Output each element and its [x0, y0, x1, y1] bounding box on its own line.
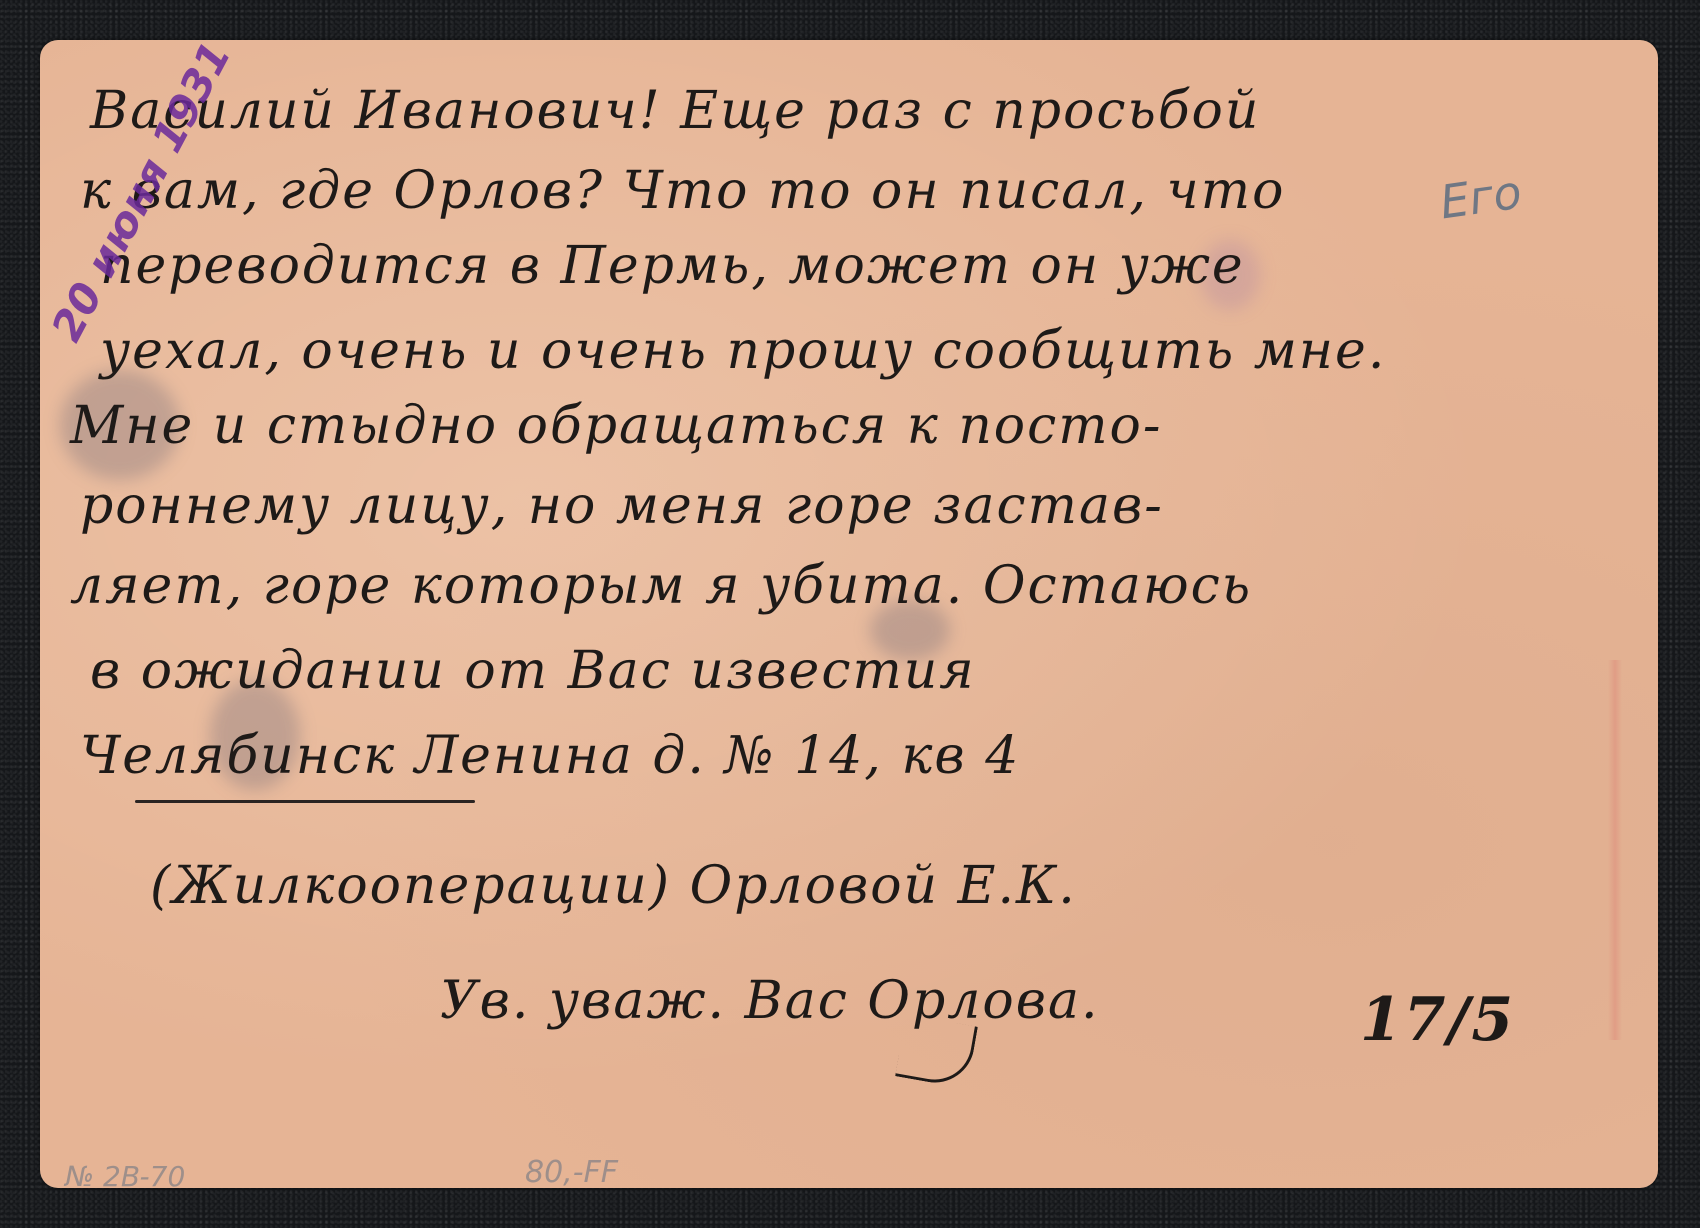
- signature-flourish: [895, 1014, 978, 1089]
- ink-date-mark: 17/5: [1360, 990, 1515, 1050]
- price-note: 80,-FF: [525, 1155, 618, 1188]
- letter-line-1: Василий Иванович! Еще раз с просьбой: [90, 85, 1260, 137]
- letter-line-8: в ожидании от Вас известия: [90, 645, 976, 697]
- letter-line-6: роннему лицу, но меня горе застав-: [80, 480, 1164, 532]
- letter-line-2: к вам, где Орлов? Что то он писал, что: [80, 165, 1285, 217]
- letter-line-3: переводится в Пермь, может он уже: [100, 240, 1245, 292]
- recipient-line: (Жилкооперации) Орловой Е.К.: [150, 860, 1077, 912]
- letter-line-5: Мне и стыдно обращаться к посто-: [70, 400, 1162, 452]
- pencil-note: Его: [1437, 165, 1525, 230]
- address-line: Челябинск Ленина д. № 14, кв 4: [80, 730, 1020, 782]
- catalog-number: № 2B-70: [65, 1160, 185, 1188]
- letter-line-4: уехал, очень и очень прошу сообщить мне.: [100, 325, 1386, 377]
- address-underline: [135, 800, 475, 803]
- signature-line: Ув. уваж. Вас Орлова.: [440, 975, 1100, 1027]
- stamp-residue: [1608, 660, 1622, 1040]
- postcard: Василий Иванович! Еще раз с просьбой к в…: [40, 40, 1658, 1188]
- letter-line-7: ляет, горе которым я убита. Остаюсь: [70, 560, 1252, 612]
